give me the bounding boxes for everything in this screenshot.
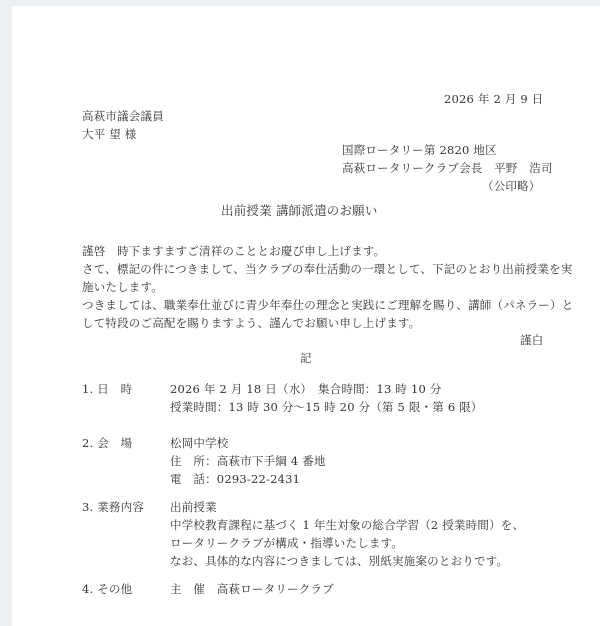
sender-district: 国際ロータリー第 2820 地区: [342, 143, 497, 157]
seal-note: （公印略）: [482, 179, 541, 193]
item-line: 電 話：0293-22-2431: [170, 472, 300, 486]
body-line: 施いたします。: [82, 280, 163, 294]
item-label-venue: 2. 会 場: [82, 436, 132, 450]
closing: 謹白: [520, 333, 543, 347]
item-line: 2026 年 2 月 18 日（水） 集合時間：13 時 10 分: [170, 382, 442, 396]
recipient-title: 高萩市議会議員: [82, 109, 164, 123]
item-line: 住 所：高萩市下手綱 4 番地: [170, 454, 326, 468]
body-line: して特段のご高配を賜りますよう、謹んでお願い申し上げます。: [82, 316, 420, 330]
body-line: さて、標記の件につきまして、当クラブの奉仕活動の一環として、下記のとおり出前授業…: [82, 262, 572, 276]
item-line: 出前授業: [170, 500, 217, 514]
body-line: 謹啓 時下ますますご清祥のこととお慶び申し上げます。: [82, 244, 385, 258]
body-line: つきましては、職業奉仕並びに青少年奉仕の理念と実践にご理解を賜り、講師（パネラー…: [82, 298, 573, 312]
item-line: ロータリークラブが構成・指導いたします。: [170, 536, 403, 550]
document-page: 2026 年 2 月 9 日 高萩市議会議員 大平 望 様 国際ロータリー第 2…: [12, 6, 600, 600]
recipient-name: 大平 望 様: [82, 127, 137, 141]
ki-heading: 記: [300, 351, 312, 365]
sender-club-president: 高萩ロータリークラブ会長 平野 浩司: [342, 161, 553, 175]
document-subject: 出前授業 講師派遣のお願い: [221, 204, 378, 218]
item-label-other: 4. その他: [82, 582, 132, 596]
item-label-datetime: 1. 日 時: [82, 382, 132, 396]
document-date: 2026 年 2 月 9 日: [444, 92, 543, 106]
item-line: 松岡中学校: [170, 436, 229, 450]
item-line: なお、具体的な内容につきましては、別紙実施案のとおりです。: [170, 554, 508, 568]
item-line: 主 催 高萩ロータリークラブ: [170, 582, 334, 596]
item-line: 中学校教育課程に基づく 1 年生対象の総合学習（2 授業時間）を、: [170, 518, 524, 532]
item-line: 授業時間：13 時 30 分～15 時 20 分（第 5 限・第 6 限）: [170, 400, 483, 414]
item-label-content: 3. 業務内容: [82, 500, 144, 514]
